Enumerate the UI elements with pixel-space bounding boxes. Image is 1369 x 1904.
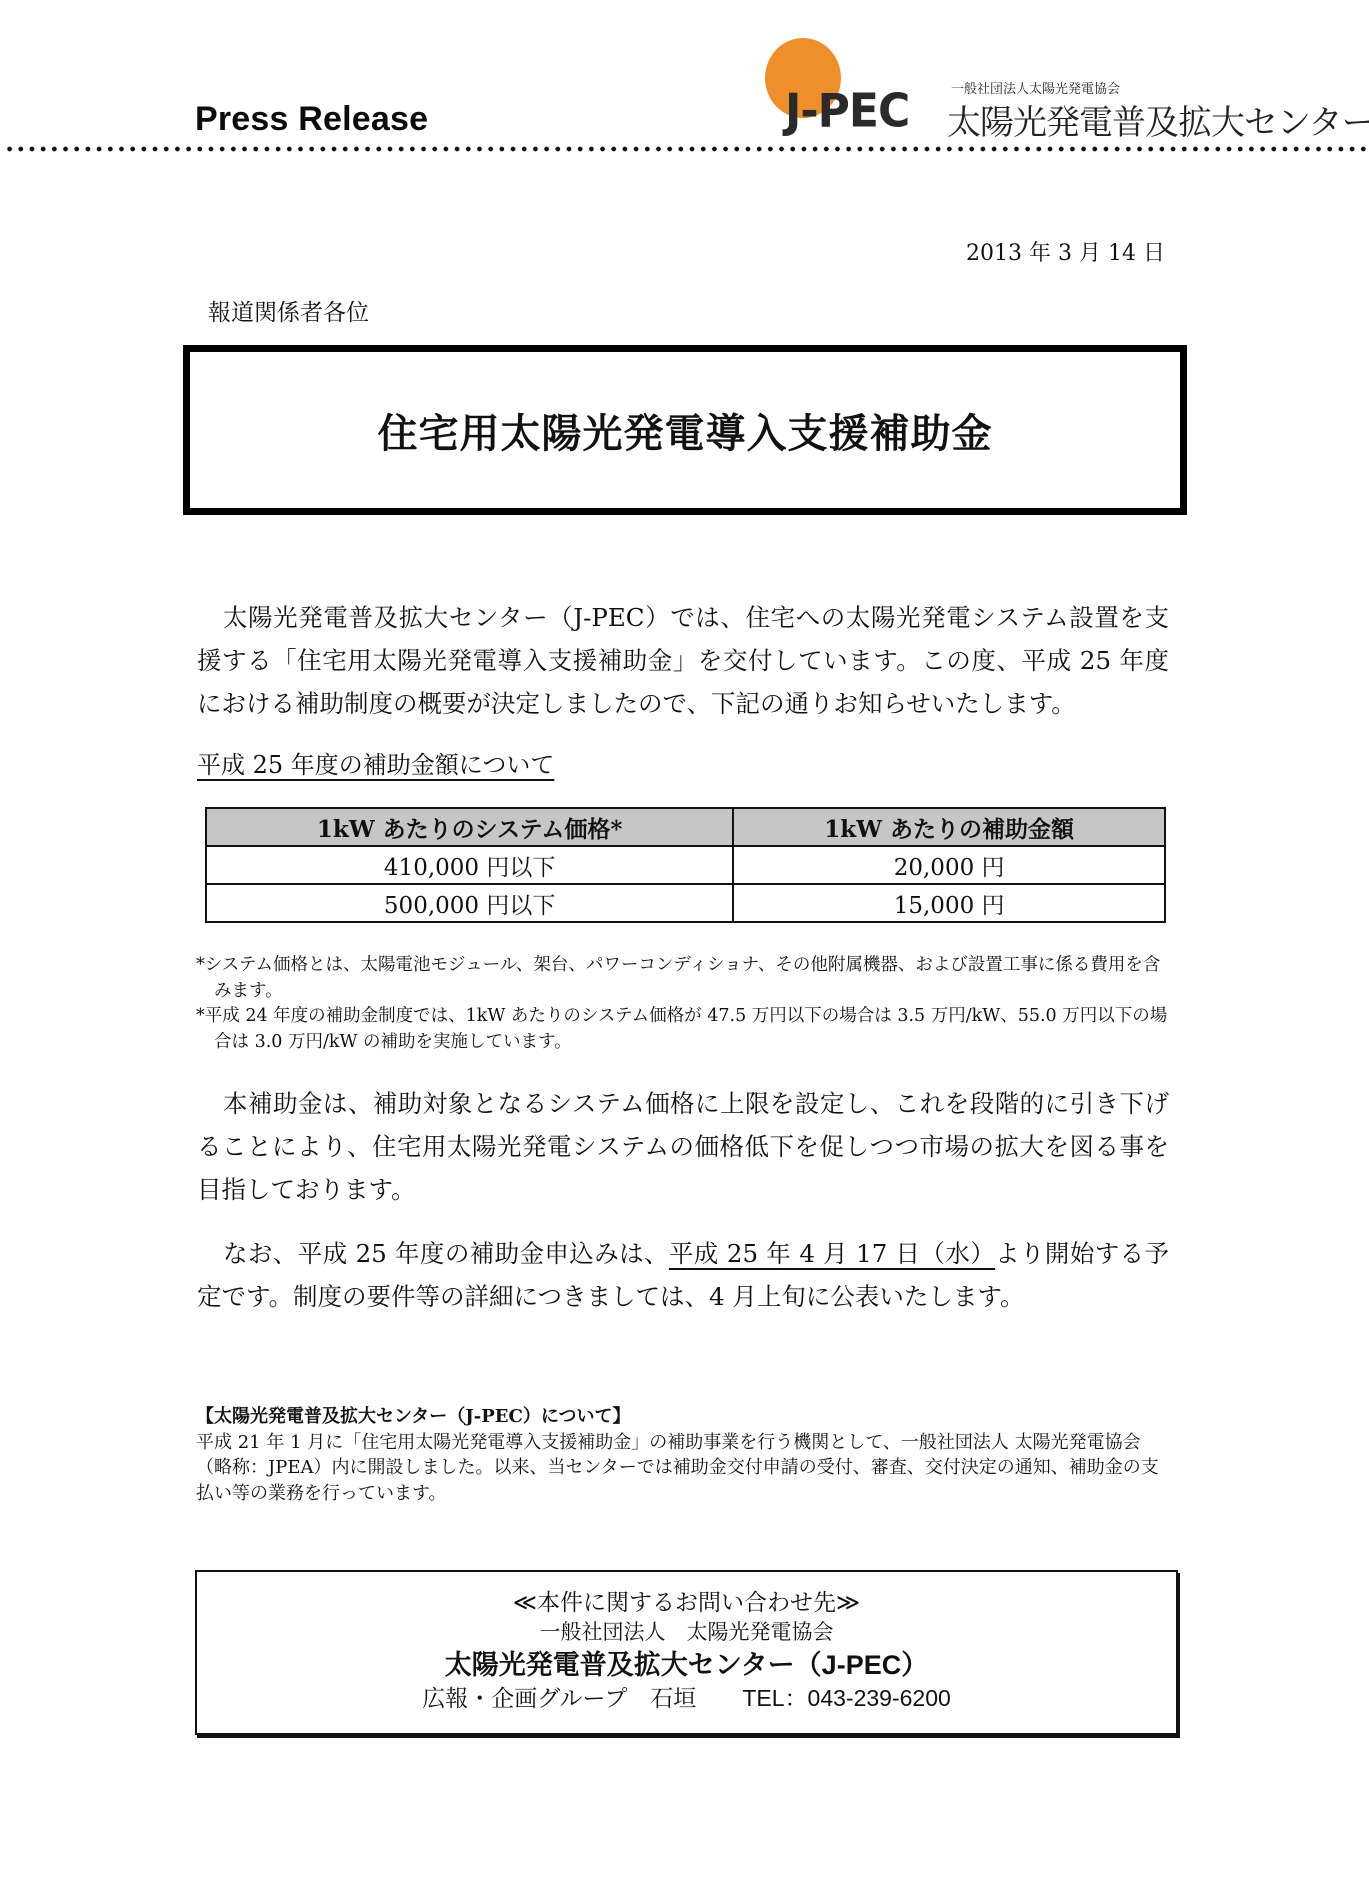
contact-org: 一般社団法人 太陽光発電協会 (197, 1618, 1176, 1648)
table-row: 410,000 円以下 20,000 円 (206, 846, 1165, 884)
contact-box: ≪本件に関するお問い合わせ先≫ 一般社団法人 太陽光発電協会 太陽光発電普及拡大… (195, 1570, 1178, 1735)
cell-system-price: 500,000 円以下 (206, 884, 733, 922)
application-start-date: 平成 25 年 4 月 17 日（水） (669, 1239, 995, 1268)
press-release-label: Press Release (195, 100, 428, 139)
about-heading: 【太陽光発電普及拡大センター（J-PEC）について】 (196, 1404, 1176, 1430)
logo-org-name: 太陽光発電普及拡大センター (947, 95, 1369, 144)
table-header-row: 1kW あたりのシステム価格* 1kW あたりの補助金額 (206, 808, 1165, 846)
subsidy-subheading: 平成 25 年度の補助金額について (197, 745, 554, 780)
logo-mark: J-PEC (785, 85, 909, 139)
title-box: 住宅用太陽光発電導入支援補助金 (183, 345, 1187, 515)
contact-person-phone: 広報・企画グループ 石垣 TEL：043-239-6200 (197, 1682, 1176, 1714)
schedule-paragraph: なお、平成 25 年度の補助金申込みは、平成 25 年 4 月 17 日（水）よ… (197, 1232, 1169, 1318)
footnote: *システム価格とは、太陽電池モジュール、架台、パワーコンディショナ、その他附属機… (196, 953, 1176, 1004)
footnotes: *システム価格とは、太陽電池モジュール、架台、パワーコンディショナ、その他附属機… (196, 953, 1176, 1055)
column-header-subsidy-amount: 1kW あたりの補助金額 (733, 808, 1165, 846)
subsidy-table: 1kW あたりのシステム価格* 1kW あたりの補助金額 410,000 円以下… (205, 807, 1166, 923)
addressee: 報道関係者各位 (208, 294, 369, 327)
contact-center: 太陽光発電普及拡大センター（J-PEC） (197, 1648, 1176, 1682)
about-section: 【太陽光発電普及拡大センター（J-PEC）について】 平成 21 年 1 月に「… (196, 1404, 1176, 1506)
jpec-logo: J-PEC 一般社団法人太陽光発電協会 太陽光発電普及拡大センター (755, 30, 1355, 140)
intro-paragraph: 太陽光発電普及拡大センター（J-PEC）では、住宅への太陽光発電システム設置を支… (197, 596, 1169, 725)
table-row: 500,000 円以下 15,000 円 (206, 884, 1165, 922)
page-title: 住宅用太陽光発電導入支援補助金 (378, 402, 993, 459)
dotted-divider (4, 145, 1369, 153)
contact-heading: ≪本件に関するお問い合わせ先≫ (197, 1586, 1176, 1618)
schedule-text-before: なお、平成 25 年度の補助金申込みは、 (223, 1239, 669, 1268)
cell-system-price: 410,000 円以下 (206, 846, 733, 884)
footnote: *平成 24 年度の補助金制度では、1kW あたりのシステム価格が 47.5 万… (196, 1004, 1176, 1055)
cell-subsidy-amount: 20,000 円 (733, 846, 1165, 884)
column-header-system-price: 1kW あたりのシステム価格* (206, 808, 733, 846)
about-text: 平成 21 年 1 月に「住宅用太陽光発電導入支援補助金」の補助事業を行う機関と… (196, 1430, 1176, 1507)
purpose-paragraph: 本補助金は、補助対象となるシステム価格に上限を設定し、これを段階的に引き下げるこ… (197, 1082, 1169, 1211)
cell-subsidy-amount: 15,000 円 (733, 884, 1165, 922)
release-date: 2013 年 3 月 14 日 (966, 236, 1165, 267)
